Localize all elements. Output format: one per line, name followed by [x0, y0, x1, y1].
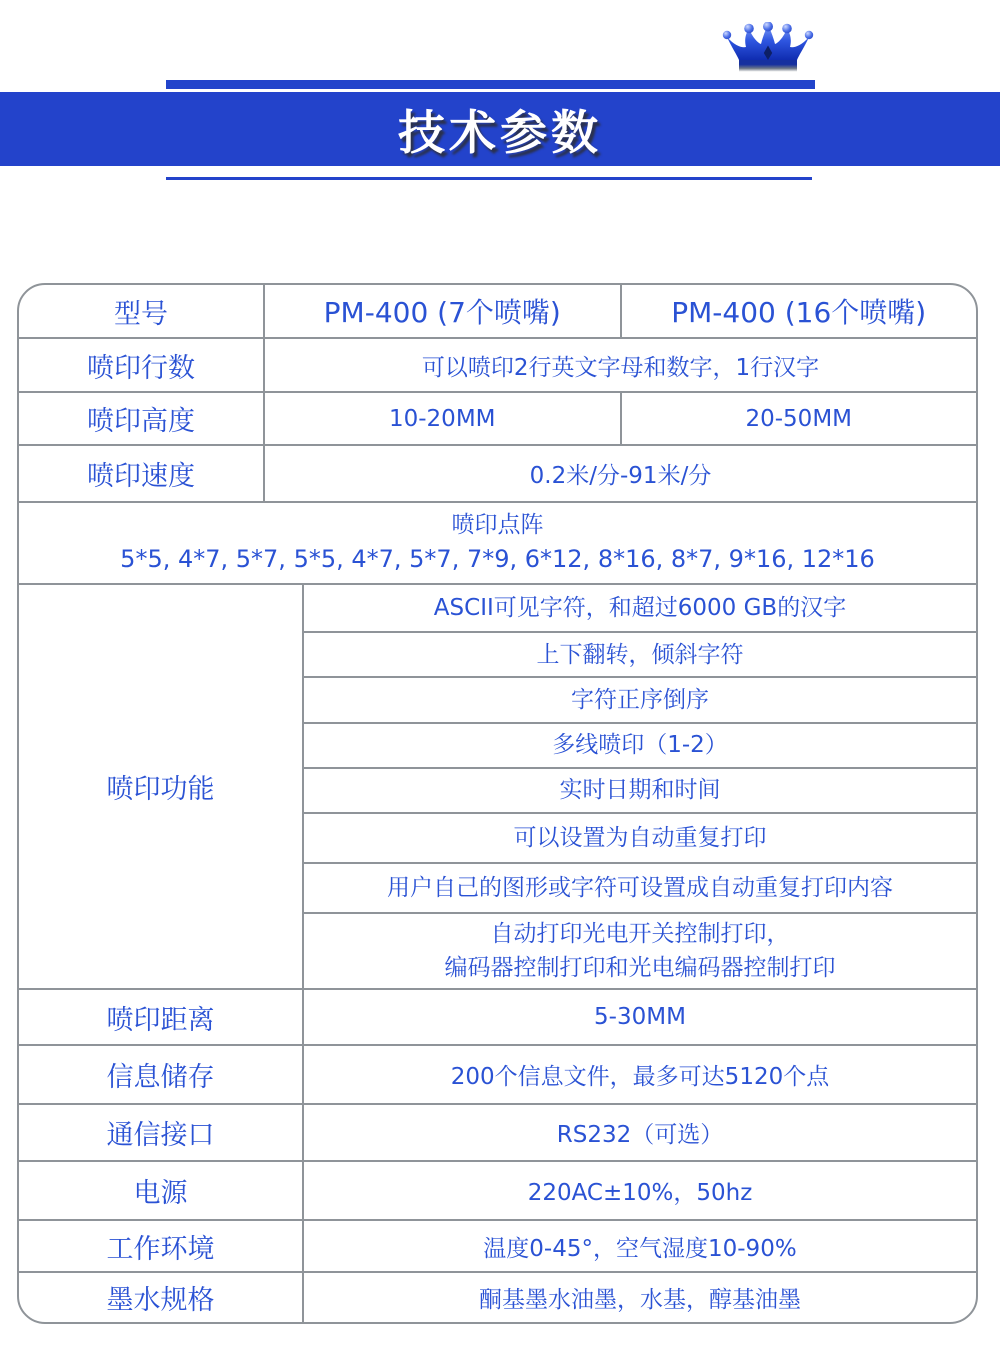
row-value: 5-30MM	[302, 990, 976, 1044]
row-value: RS232（可选）	[302, 1105, 976, 1160]
row-label: 信息储存	[19, 1046, 302, 1103]
print-height-7-value: 10-20MM	[263, 393, 620, 444]
function-item: ASCII可见字符，和超过6000 GB的汉字	[304, 585, 976, 631]
print-height-16-value: 20-50MM	[620, 393, 977, 444]
row-label: 型号	[19, 285, 263, 337]
row-label: 喷印距离	[19, 990, 302, 1044]
table-row-print-speed: 喷印速度 0.2米/分-91米/分	[19, 444, 976, 501]
row-label: 喷印行数	[19, 339, 263, 391]
table-row-print-distance: 喷印距离 5-30MM	[19, 988, 976, 1044]
table-row-ink-spec: 墨水规格 酮基墨水油墨，水基，醇基油墨	[19, 1271, 976, 1322]
function-item: 上下翻转，倾斜字符	[304, 631, 976, 676]
function-list: ASCII可见字符，和超过6000 GB的汉字 上下翻转，倾斜字符 字符正序倒序…	[302, 585, 976, 988]
table-section-functions: 喷印功能 ASCII可见字符，和超过6000 GB的汉字 上下翻转，倾斜字符 字…	[19, 583, 976, 988]
dot-matrix-values: 5*5, 4*7, 5*7, 5*5, 4*7, 5*7, 7*9, 6*12,…	[120, 542, 875, 577]
row-label: 工作环境	[19, 1221, 302, 1271]
table-row-environment: 工作环境 温度0-45°，空气湿度10-90%	[19, 1219, 976, 1271]
row-value: 200个信息文件，最多可达5120个点	[302, 1046, 976, 1103]
table-row-print-height: 喷印高度 10-20MM 20-50MM	[19, 391, 976, 444]
function-item: 实时日期和时间	[304, 767, 976, 812]
function-item: 可以设置为自动重复打印	[304, 812, 976, 862]
table-row-comm-interface: 通信接口 RS232（可选）	[19, 1103, 976, 1160]
title-banner: 技术参数	[0, 92, 1000, 166]
dot-matrix-title: 喷印点阵	[452, 509, 544, 542]
row-label: 通信接口	[19, 1105, 302, 1160]
row-value: 温度0-45°，空气湿度10-90%	[302, 1221, 976, 1271]
function-item: 用户自己的图形或字符可设置成自动重复打印内容	[304, 862, 976, 912]
row-value: 0.2米/分-91米/分	[263, 446, 976, 501]
row-label: 电源	[19, 1162, 302, 1219]
page-title: 技术参数	[398, 96, 602, 163]
table-row-storage: 信息储存 200个信息文件，最多可达5120个点	[19, 1044, 976, 1103]
row-label: 墨水规格	[19, 1273, 302, 1322]
table-row-power: 电源 220AC±10%，50hz	[19, 1160, 976, 1219]
function-item: 多线喷印（1-2）	[304, 722, 976, 767]
spec-table: 型号 PM-400 (7个喷嘴) PM-400 (16个喷嘴) 喷印行数 可以喷…	[17, 283, 978, 1324]
function-item: 字符正序倒序	[304, 676, 976, 721]
accent-rule-bottom	[166, 177, 812, 180]
row-label: 喷印高度	[19, 393, 263, 444]
crown-icon	[718, 22, 818, 76]
model-7-nozzle-value: PM-400 (7个喷嘴)	[263, 285, 620, 337]
model-16-nozzle-value: PM-400 (16个喷嘴)	[620, 285, 977, 337]
table-row-model: 型号 PM-400 (7个喷嘴) PM-400 (16个喷嘴)	[19, 285, 976, 337]
function-item: 自动打印光电开关控制打印， 编码器控制打印和光电编码器控制打印	[304, 912, 976, 988]
accent-bar-top	[166, 80, 815, 89]
row-value: 酮基墨水油墨，水基，醇基油墨	[302, 1273, 976, 1322]
row-label: 喷印速度	[19, 446, 263, 501]
page: 技术参数 型号 PM-400 (7个喷嘴) PM-400 (16个喷嘴) 喷印行…	[0, 0, 1000, 1358]
table-row-print-lines: 喷印行数 可以喷印2行英文字母和数字，1行汉字	[19, 337, 976, 391]
table-row-dot-matrix: 喷印点阵 5*5, 4*7, 5*7, 5*5, 4*7, 5*7, 7*9, …	[19, 501, 976, 583]
row-value: 220AC±10%，50hz	[302, 1162, 976, 1219]
row-value: 可以喷印2行英文字母和数字，1行汉字	[263, 339, 976, 391]
row-label: 喷印功能	[19, 585, 302, 988]
